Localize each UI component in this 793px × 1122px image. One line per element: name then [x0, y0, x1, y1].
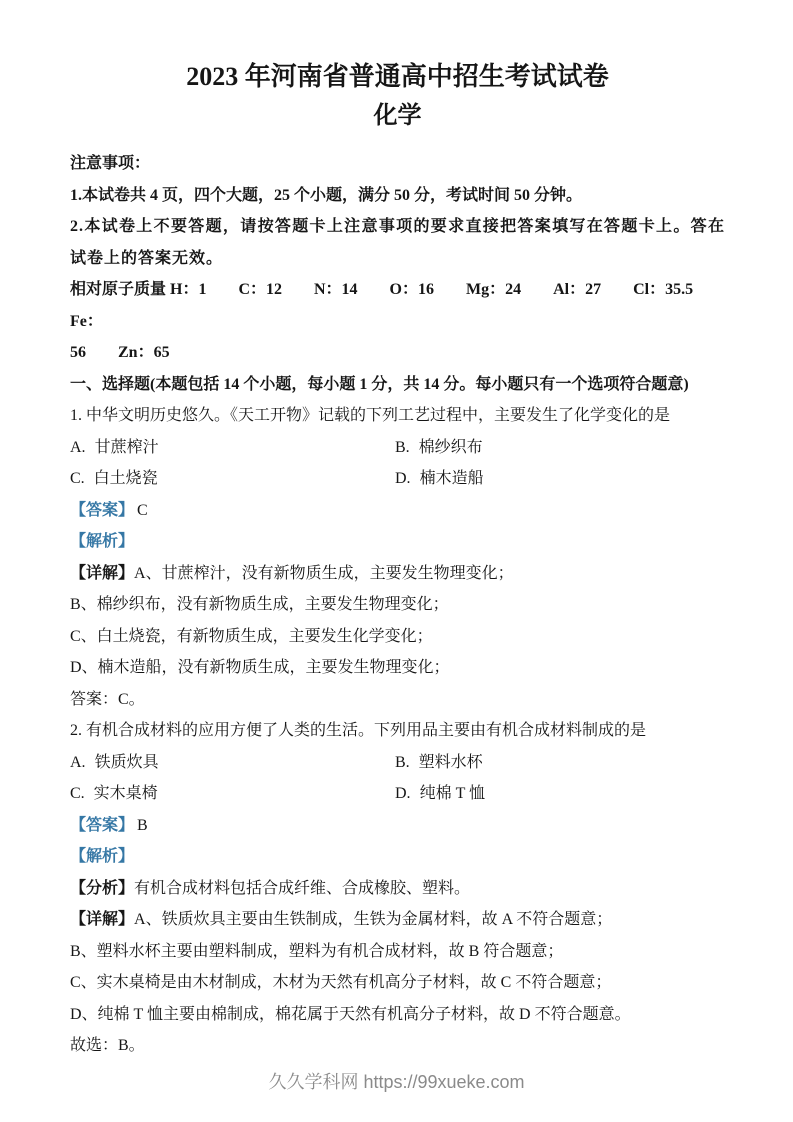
question-1-stem: 1. 中华文明历史悠久。《天工开物》记载的下列工艺过程中，主要发生了化学变化的是 — [70, 400, 725, 432]
explanation-text: B、棉纱织布，没有新物质生成，主要发生物理变化； — [70, 596, 449, 613]
question-1-option-a: A.甘蔗榨汁 — [70, 432, 395, 464]
question-1-explanation-line: 【详解】A、甘蔗榨汁，没有新物质生成，主要发生物理变化； — [70, 558, 725, 590]
question-1-explanation-line: D、楠木造船，没有新物质生成，主要发生物理变化； — [70, 652, 725, 684]
exam-title: 2023 年河南省普通高中招生考试试卷 — [70, 58, 725, 96]
question-1-explanation-line: B、棉纱织布，没有新物质生成，主要发生物理变化； — [70, 589, 725, 621]
question-2-option-c: C.实木桌椅 — [70, 778, 395, 810]
explanation-tag: 【详解】 — [70, 565, 134, 582]
question-2-option-a: A.铁质炊具 — [70, 747, 395, 779]
question-1-option-c: C.白土烧瓷 — [70, 463, 395, 495]
notice-line-2: 2.本试卷上不要答题，请按答题卡上注意事项的要求直接把答案填写在答题卡上。答在试… — [70, 211, 725, 274]
question-2-explanation-line: 【详解】A、铁质炊具主要由生铁制成，生铁为金属材料，故 A 不符合题意； — [70, 904, 725, 936]
option-label: C. — [70, 470, 85, 487]
question-2-analysis-line: 【解析】 — [70, 841, 725, 873]
option-text: 实木桌椅 — [94, 785, 158, 802]
option-text: 甘蔗榨汁 — [95, 439, 159, 456]
explanation-text: A、甘蔗榨汁，没有新物质生成，主要发生物理变化； — [134, 565, 514, 582]
option-text: 楠木造船 — [420, 470, 484, 487]
option-text: 铁质炊具 — [95, 754, 159, 771]
question-1-answer-line: 【答案】C — [70, 495, 725, 527]
explanation-text: 有机合成材料包括合成纤维、合成橡胶、塑料。 — [134, 880, 470, 897]
question-2-option-d: D.纯棉 T 恤 — [395, 778, 725, 810]
option-label: A. — [70, 754, 86, 771]
question-1-analysis-line: 【解析】 — [70, 526, 725, 558]
question-1-options: A.甘蔗榨汁 B.棉纱织布 C.白土烧瓷 D.楠木造船 — [70, 432, 725, 495]
option-text: 白土烧瓷 — [94, 470, 158, 487]
option-text: 塑料水杯 — [419, 754, 483, 771]
exam-page: 2023 年河南省普通高中招生考试试卷 化学 注意事项： 1.本试卷共 4 页，… — [0, 0, 793, 1062]
explanation-text: B、塑料水杯主要由塑料制成，塑料为有机合成材料，故 B 符合题意； — [70, 943, 563, 960]
explanation-tag: 【分析】 — [70, 880, 134, 897]
question-2-explanation-line: C、实木桌椅是由木材制成，木材为天然有机高分子材料，故 C 不符合题意； — [70, 967, 725, 999]
option-label: D. — [395, 470, 411, 487]
question-1-explanation-line: C、白土烧瓷，有新物质生成，主要发生化学变化； — [70, 621, 725, 653]
answer-tag: 【答案】 — [70, 502, 134, 519]
explanation-text: C、白土烧瓷，有新物质生成，主要发生化学变化； — [70, 628, 433, 645]
explanation-text: C、实木桌椅是由木材制成，木材为天然有机高分子材料，故 C 不符合题意； — [70, 974, 611, 991]
option-label: D. — [395, 785, 411, 802]
notice-line-1: 1.本试卷共 4 页，四个大题，25 个小题，满分 50 分，考试时间 50 分… — [70, 180, 725, 212]
question-2: 2. 有机合成材料的应用方便了人类的生活。下列用品主要由有机合成材料制成的是 A… — [70, 715, 725, 1062]
option-label: C. — [70, 785, 85, 802]
explanation-tag: 【详解】 — [70, 911, 134, 928]
site-watermark: 久久学科网 https://99xueke.com — [0, 1068, 793, 1094]
explanation-text: D、楠木造船，没有新物质生成，主要发生物理变化； — [70, 659, 450, 676]
question-1-option-d: D.楠木造船 — [395, 463, 725, 495]
analysis-tag: 【解析】 — [70, 848, 134, 865]
analysis-tag: 【解析】 — [70, 533, 134, 550]
option-label: B. — [395, 754, 410, 771]
option-label: B. — [395, 439, 410, 456]
question-2-stem: 2. 有机合成材料的应用方便了人类的生活。下列用品主要由有机合成材料制成的是 — [70, 715, 725, 747]
explanation-text: 故选：B。 — [70, 1037, 145, 1054]
answer-value: C — [137, 502, 148, 519]
explanation-text: D、纯棉 T 恤主要由棉制成，棉花属于天然有机高分子材料，故 D 不符合题意。 — [70, 1006, 631, 1023]
question-2-explanation-line: 故选：B。 — [70, 1030, 725, 1062]
question-2-options: A.铁质炊具 B.塑料水杯 C.实木桌椅 D.纯棉 T 恤 — [70, 747, 725, 810]
question-2-explanation-line: D、纯棉 T 恤主要由棉制成，棉花属于天然有机高分子材料，故 D 不符合题意。 — [70, 999, 725, 1031]
question-2-explanation-line: B、塑料水杯主要由塑料制成，塑料为有机合成材料，故 B 符合题意； — [70, 936, 725, 968]
exam-subject: 化学 — [70, 96, 725, 136]
question-1-option-b: B.棉纱织布 — [395, 432, 725, 464]
question-2-option-b: B.塑料水杯 — [395, 747, 725, 779]
atomic-mass-line-1: 相对原子质量 H：1 C：12 N：14 O：16 Mg：24 Al：27 Cl… — [70, 274, 725, 337]
option-text: 纯棉 T 恤 — [420, 785, 486, 802]
option-label: A. — [70, 439, 86, 456]
notice-heading: 注意事项： — [70, 148, 725, 180]
explanation-text: A、铁质炊具主要由生铁制成，生铁为金属材料，故 A 不符合题意； — [134, 911, 612, 928]
answer-value: B — [137, 817, 148, 834]
atomic-mass-line-2: 56 Zn：65 — [70, 337, 725, 369]
option-text: 棉纱织布 — [419, 439, 483, 456]
section-heading: 一、选择题(本题包括 14 个小题，每小题 1 分，共 14 分。每小题只有一个… — [70, 369, 725, 401]
question-1: 1. 中华文明历史悠久。《天工开物》记载的下列工艺过程中，主要发生了化学变化的是… — [70, 400, 725, 715]
answer-tag: 【答案】 — [70, 817, 134, 834]
question-2-answer-line: 【答案】B — [70, 810, 725, 842]
question-2-explanation-line: 【分析】有机合成材料包括合成纤维、合成橡胶、塑料。 — [70, 873, 725, 905]
explanation-text: 答案：C。 — [70, 691, 145, 708]
question-1-explanation-line: 答案：C。 — [70, 684, 725, 716]
